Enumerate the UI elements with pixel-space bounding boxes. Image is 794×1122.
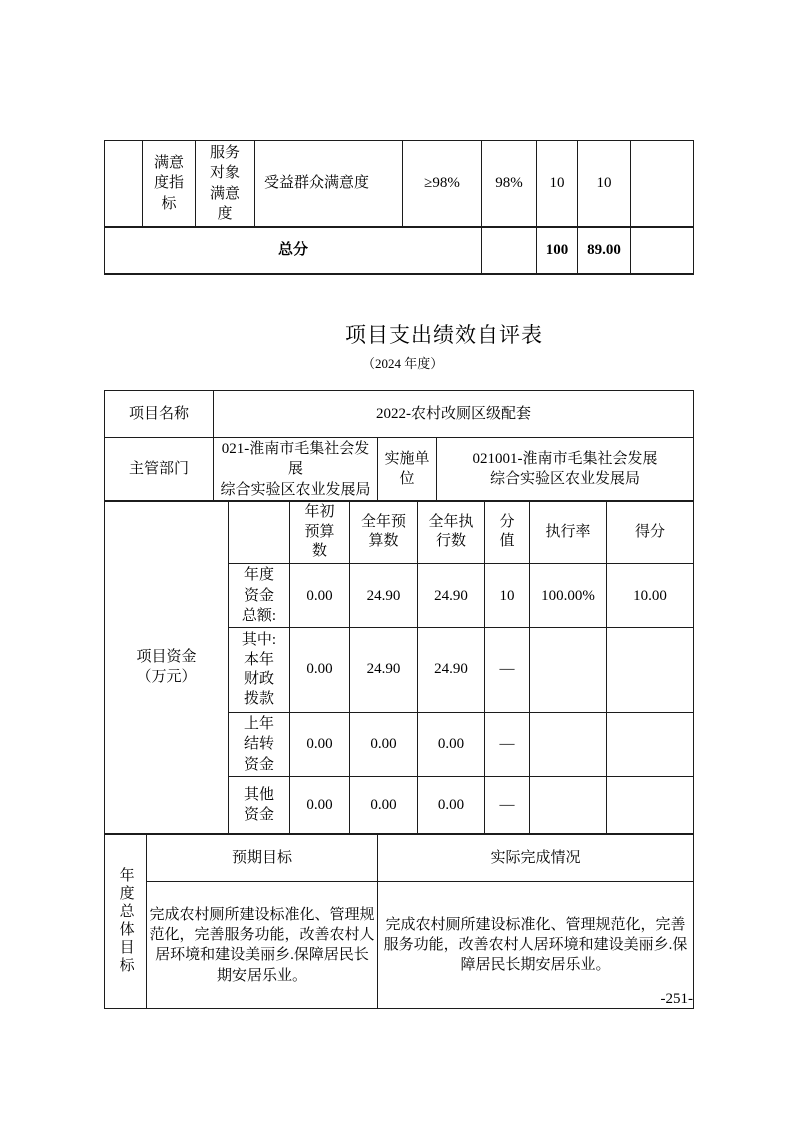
- cell-target-value: ≥98%: [403, 141, 482, 228]
- cell-funds-row-label: 项目资金 （万元）: [105, 501, 229, 835]
- cell-fund-executed: 24.90: [418, 628, 485, 713]
- cell-fund-score: 10.00: [607, 564, 694, 628]
- cell-impl-value: 021001-淮南市毛集社会发展 综合实验区农业发展局: [437, 438, 694, 502]
- goal-content-row: 完成农村厕所建设标准化、管理规范化，完善服务功能，改善农村人居环境和建设美丽乡.…: [105, 882, 694, 1009]
- cell-indicator-name: 受益群众满意度: [255, 141, 403, 228]
- cell-goal-row-label: 年度总体目标: [105, 834, 147, 1009]
- cell-fund-rate: 100.00%: [530, 564, 607, 628]
- satisfaction-continuation-table: 满意 度指 标 服务 对象 满意 度 受益群众满意度 ≥98% 98% 10 1…: [104, 140, 694, 275]
- project-funds-table: 项目资金 （万元） 年初 预算 数 全年预 算数 全年执 行数 分 值 执行率 …: [104, 500, 694, 835]
- cell-total-point-value: 100: [537, 227, 578, 274]
- cell-fund-initial: 0.00: [290, 776, 350, 834]
- cell-actual-value: 98%: [482, 141, 537, 228]
- cell-fund-label: 其他 资金: [229, 776, 290, 834]
- page-number: -251-: [104, 991, 693, 1008]
- cell-header-annual-executed: 全年执 行数: [418, 501, 485, 564]
- cell-total-score: 89.00: [578, 227, 631, 274]
- cell-dept-value: 021-淮南市毛集社会发展 综合实验区农业发展局: [214, 438, 378, 502]
- goal-header-row: 年度总体目标 预期目标 实际完成情况: [105, 834, 694, 882]
- cell-fund-initial: 0.00: [290, 564, 350, 628]
- cell-impl-label: 实施单 位: [378, 438, 437, 502]
- cell-fund-point: —: [485, 776, 530, 834]
- cell-indicator-category: 满意 度指 标: [143, 141, 196, 228]
- annual-goal-table: 年度总体目标 预期目标 实际完成情况 完成农村厕所建设标准化、管理规范化，完善服…: [104, 833, 694, 1009]
- cell-header-annual-budget: 全年预 算数: [350, 501, 418, 564]
- cell-fund-executed: 0.00: [418, 713, 485, 777]
- funds-header-row: 项目资金 （万元） 年初 预算 数 全年预 算数 全年执 行数 分 值 执行率 …: [105, 501, 694, 564]
- cell-fund-point: —: [485, 628, 530, 713]
- cell-header-execution-rate: 执行率: [530, 501, 607, 564]
- cell-funds-header-blank: [229, 501, 290, 564]
- cell-fund-initial: 0.00: [290, 713, 350, 777]
- cell-fund-label: 年度 资金 总额:: [229, 564, 290, 628]
- satisfaction-indicator-row: 满意 度指 标 服务 对象 满意 度 受益群众满意度 ≥98% 98% 10 1…: [105, 141, 694, 228]
- cell-total-remark: [631, 227, 694, 274]
- cell-project-name-value: 2022-农村改厕区级配套: [214, 391, 694, 438]
- cell-fund-budget: 24.90: [350, 628, 418, 713]
- page-subtitle: （2024 年度）: [362, 353, 443, 372]
- cell-indicator-subcategory: 服务 对象 满意 度: [196, 141, 255, 228]
- cell-score: 10: [578, 141, 631, 228]
- cell-total-label: 总分: [105, 227, 482, 274]
- department-row: 主管部门 021-淮南市毛集社会发展 综合实验区农业发展局 实施单 位 0210…: [105, 438, 694, 502]
- goal-row-label-vertical-text: 年度总体目标: [115, 867, 135, 975]
- cell-fund-score: [607, 713, 694, 777]
- cell-actual-completion-header: 实际完成情况: [378, 834, 694, 882]
- cell-dept-label: 主管部门: [105, 438, 214, 502]
- cell-fund-executed: 24.90: [418, 564, 485, 628]
- cell-fund-budget: 0.00: [350, 713, 418, 777]
- cell-fund-score: [607, 628, 694, 713]
- cell-expected-goal-text: 完成农村厕所建设标准化、管理规范化，完善服务功能，改善农村人居环境和建设美丽乡.…: [147, 882, 378, 1009]
- cell-fund-point: —: [485, 713, 530, 777]
- document-page: 满意 度指 标 服务 对象 满意 度 受益群众满意度 ≥98% 98% 10 1…: [0, 0, 794, 1122]
- cell-actual-completion-text: 完成农村厕所建设标准化、管理规范化，完善服务功能，改善农村人居环境和建设美丽乡.…: [378, 882, 694, 1009]
- cell-fund-rate: [530, 628, 607, 713]
- cell-header-point-value: 分 值: [485, 501, 530, 564]
- cell-fund-point: 10: [485, 564, 530, 628]
- project-name-row: 项目名称 2022-农村改厕区级配套: [105, 391, 694, 438]
- cell-fund-rate: [530, 776, 607, 834]
- cell-blank-first: [105, 141, 143, 228]
- self-eval-table: 项目名称 2022-农村改厕区级配套 主管部门 021-淮南市毛集社会发展 综合…: [104, 390, 694, 1009]
- cell-project-name-label: 项目名称: [105, 391, 214, 438]
- cell-header-score: 得分: [607, 501, 694, 564]
- total-score-row: 总分 100 89.00: [105, 227, 694, 274]
- cell-fund-executed: 0.00: [418, 776, 485, 834]
- cell-fund-rate: [530, 713, 607, 777]
- cell-fund-label: 上年 结转 资金: [229, 713, 290, 777]
- project-info-table: 项目名称 2022-农村改厕区级配套 主管部门 021-淮南市毛集社会发展 综合…: [104, 390, 694, 502]
- cell-remark: [631, 141, 694, 228]
- cell-total-blank: [482, 227, 537, 274]
- cell-fund-budget: 24.90: [350, 564, 418, 628]
- cell-header-initial-budget: 年初 预算 数: [290, 501, 350, 564]
- cell-fund-score: [607, 776, 694, 834]
- page-title: 项目支出绩效自评表: [345, 319, 543, 349]
- cell-expected-goal-header: 预期目标: [147, 834, 378, 882]
- cell-point-value: 10: [537, 141, 578, 228]
- cell-fund-budget: 0.00: [350, 776, 418, 834]
- cell-fund-label: 其中: 本年 财政 拨款: [229, 628, 290, 713]
- cell-fund-initial: 0.00: [290, 628, 350, 713]
